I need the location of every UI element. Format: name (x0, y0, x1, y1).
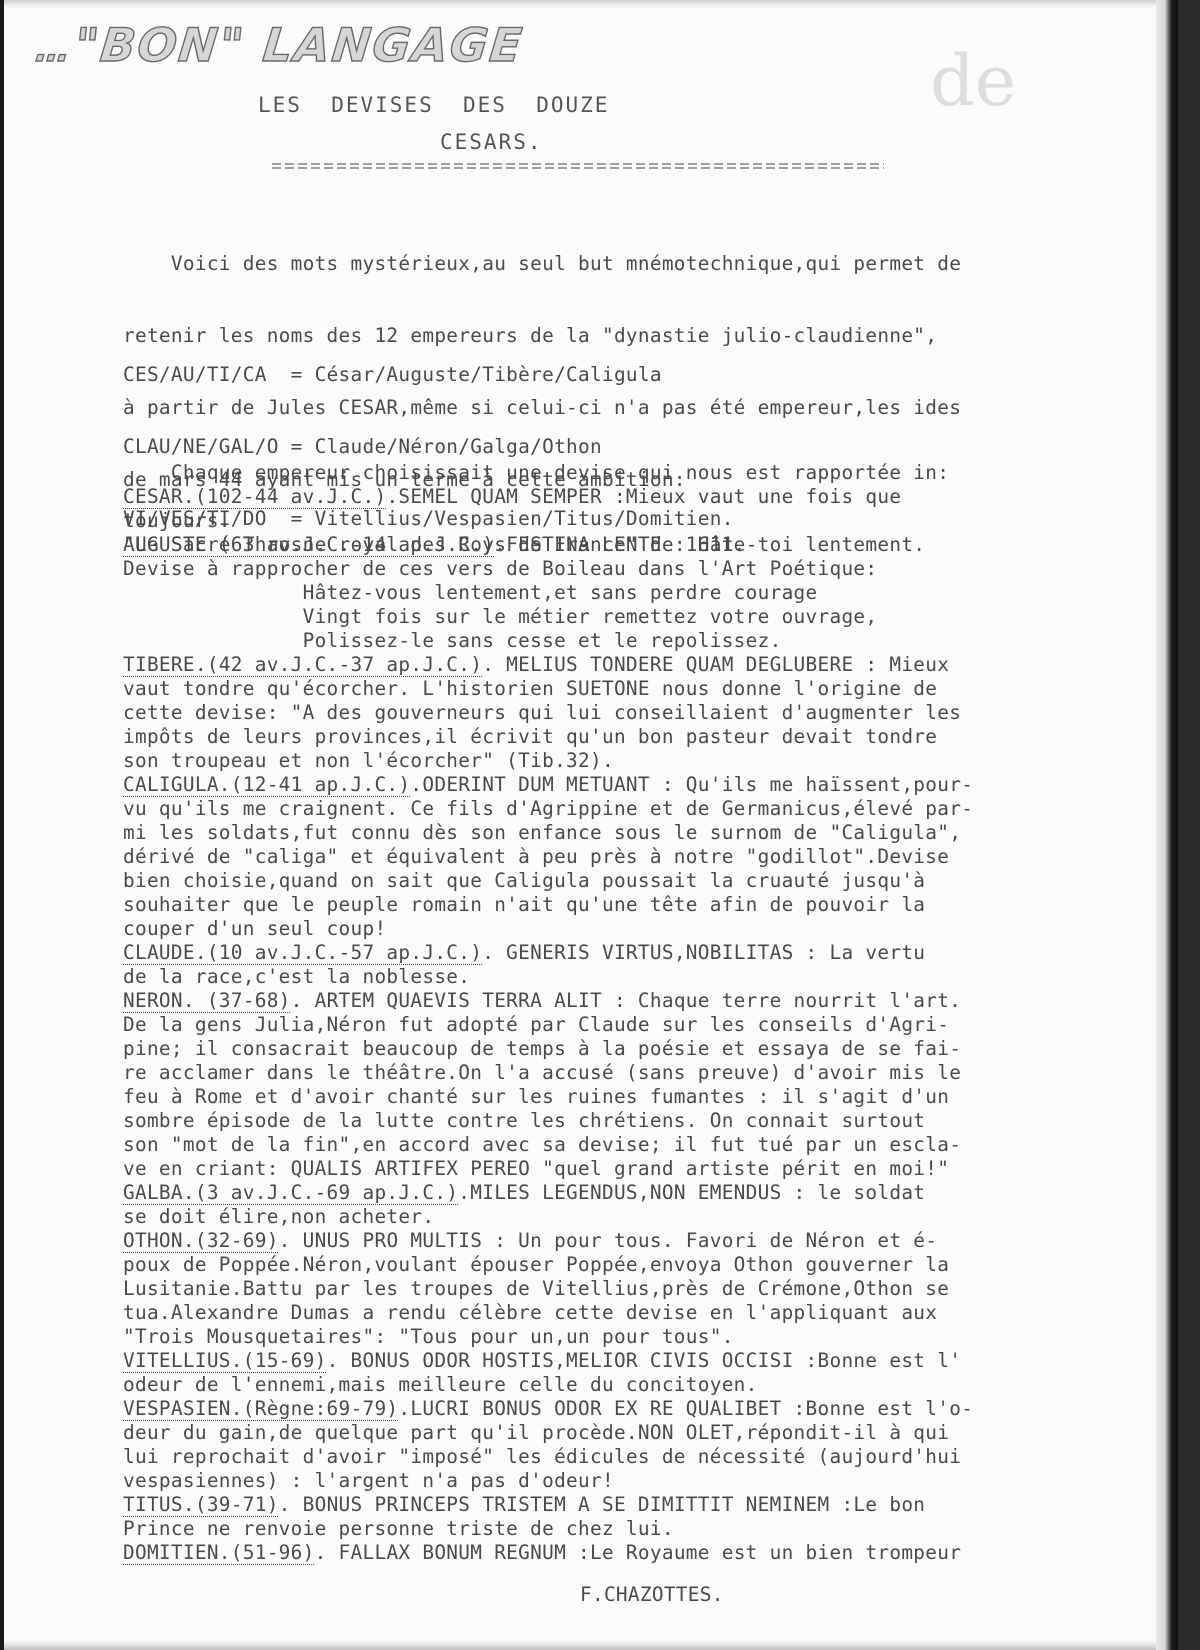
emperor-description-line: ve en criant: QUALIS ARTIFEX PEREO "quel… (123, 1157, 973, 1181)
emperor-description-line: cette devise: "A des gouverneurs qui lui… (123, 701, 973, 725)
emperor-heading: VESPASIEN.(Règne:69-79) (123, 1397, 398, 1420)
emperor-description-line: toujours. (123, 509, 973, 533)
emperor-description-line: mi les soldats,fut connu dès son enfance… (123, 821, 973, 845)
emperor-heading: AUGUSTE (63 av.J.C.-14 ap.J.C.) (123, 533, 494, 556)
emperor-entry: GALBA.(3 av.J.C.-69 ap.J.C.).MILES LEGEN… (123, 1181, 973, 1229)
emperor-description-line: Hâtez-vous lentement,et sans perdre cour… (123, 581, 973, 605)
emperor-heading: CLAUDE.(10 av.J.C.-57 ap.J.C.) (123, 941, 482, 964)
emperor-text: . UNUS PRO MULTIS : Un pour tous. Favori… (279, 1229, 938, 1252)
emperor-description-line: vaut tondre qu'écorcher. L'historien SUE… (123, 677, 973, 701)
emperor-text: odeur de l'ennemi,mais meilleure celle d… (123, 1373, 758, 1396)
masthead-dots: ... (33, 30, 70, 70)
emperor-description-line: odeur de l'ennemi,mais meilleure celle d… (123, 1373, 973, 1397)
emperor-text: deur du gain,de quelque part qu'il procè… (123, 1421, 949, 1444)
emperor-description-line: vu qu'ils me craignent. Ce fils d'Agripp… (123, 797, 973, 821)
emperor-entry: NERON. (37-68). ARTEM QUAEVIS TERRA ALIT… (123, 989, 973, 1181)
emperor-description-line: couper d'un seul coup! (123, 917, 973, 941)
emperor-heading: NERON. (37-68) (123, 989, 291, 1012)
emperor-text: Devise à rapprocher de ces vers de Boile… (123, 557, 877, 580)
emperor-text: poux de Poppée.Néron,voulant épouser Pop… (123, 1253, 949, 1276)
emperor-text: . ARTEM QUAEVIS TERRA ALIT : Chaque terr… (291, 989, 962, 1012)
emperor-text: lui reprochait d'avoir "imposé" les édic… (123, 1445, 961, 1468)
emperor-text: ve en criant: QUALIS ARTIFEX PEREO "quel… (123, 1157, 949, 1180)
emperor-text: de la race,c'est la noblesse. (123, 965, 470, 988)
emperor-motto-line: GALBA.(3 av.J.C.-69 ap.J.C.).MILES LEGEN… (123, 1181, 973, 1205)
emperor-text: .FESTINA LENTE : Hâte-toi lentement. (494, 533, 925, 556)
emperor-motto-line: NERON. (37-68). ARTEM QUAEVIS TERRA ALIT… (123, 989, 973, 1013)
emperor-text: mi les soldats,fut connu dès son enfance… (123, 821, 961, 844)
mnemonic-names: = César/Auguste/Tibère/Caligula (291, 363, 662, 386)
emperor-heading: CESAR.(102-44 av.J.C.) (123, 485, 386, 508)
emperor-description-line: souhaiter que le peuple romain n'ait qu'… (123, 893, 973, 917)
emperor-text: De la gens Julia,Néron fut adopté par Cl… (123, 1013, 949, 1036)
emperor-mottos-list: CESAR.(102-44 av.J.C.).SEMEL QUAM SEMPER… (123, 485, 973, 1565)
page-title-line-1: LES DEVISES DES DOUZE (258, 93, 609, 117)
emperor-description-line: deur du gain,de quelque part qu'il procè… (123, 1421, 973, 1445)
emperor-description-line: "Trois Mousquetaires": "Tous pour un,un … (123, 1325, 973, 1349)
emperor-description-line: Prince ne renvoie personne triste de che… (123, 1517, 973, 1541)
emperor-text: . MELIUS TONDERE QUAM DEGLUBERE : Mieux (482, 653, 949, 676)
emperor-entry: CLAUDE.(10 av.J.C.-57 ap.J.C.). GENERIS … (123, 941, 973, 989)
emperor-text: .LUCRI BONUS ODOR EX RE QUALIBET :Bonne … (398, 1397, 973, 1420)
emperor-motto-line: CLAUDE.(10 av.J.C.-57 ap.J.C.). GENERIS … (123, 941, 973, 965)
emperor-text: Polissez-le sans cesse et le repolissez. (123, 629, 782, 652)
emperor-text: bien choisie,quand on sait que Caligula … (123, 869, 925, 892)
emperor-text: . BONUS ODOR HOSTIS,MELIOR CIVIS OCCISI … (327, 1349, 962, 1372)
intro-line: Voici des mots mystérieux,au seul but mn… (123, 252, 961, 276)
emperor-heading: TIBERE.(42 av.J.C.-37 ap.J.C.) (123, 653, 482, 676)
emperor-text: se doit élire,non acheter. (123, 1205, 434, 1228)
emperor-heading: VITELLIUS.(15-69) (123, 1349, 327, 1372)
show-through-artifact: de (930, 40, 1016, 122)
mnemonic-code: CES/AU/TI/CA (123, 363, 291, 386)
emperor-motto-line: DOMITIEN.(51-96). FALLAX BONUM REGNUM :L… (123, 1541, 973, 1565)
emperor-text: vu qu'ils me craignent. Ce fils d'Agripp… (123, 797, 973, 820)
emperor-description-line: de la race,c'est la noblesse. (123, 965, 973, 989)
emperor-text: son "mot de la fin",en accord avec sa de… (123, 1133, 961, 1156)
emperor-entry: DOMITIEN.(51-96). FALLAX BONUM REGNUM :L… (123, 1541, 973, 1565)
emperor-description-line: poux de Poppée.Néron,voulant épouser Pop… (123, 1253, 973, 1277)
emperor-text: son troupeau et non l'écorcher" (Tib.32)… (123, 749, 614, 772)
emperor-entry: CALIGULA.(12-41 ap.J.C.).ODERINT DUM MET… (123, 773, 973, 941)
emperor-text: cette devise: "A des gouverneurs qui lui… (123, 701, 961, 724)
emperor-motto-line: VESPASIEN.(Règne:69-79).LUCRI BONUS ODOR… (123, 1397, 973, 1421)
emperor-text: impôts de leurs provinces,il écrivit qu'… (123, 725, 937, 748)
emperor-text: .ODERINT DUM METUANT : Qu'ils me haïssen… (410, 773, 973, 796)
emperor-entry: AUGUSTE (63 av.J.C.-14 ap.J.C.).FESTINA … (123, 533, 973, 653)
emperor-heading: CALIGULA.(12-41 ap.J.C.) (123, 773, 410, 796)
emperor-heading: GALBA.(3 av.J.C.-69 ap.J.C.) (123, 1181, 458, 1204)
masthead-title: "BON" LANGAGE (72, 18, 526, 72)
emperor-description-line: se doit élire,non acheter. (123, 1205, 973, 1229)
title-double-rule (272, 163, 884, 170)
emperor-text: "Trois Mousquetaires": "Tous pour un,un … (123, 1325, 734, 1348)
emperor-entry: OTHON.(32-69). UNUS PRO MULTIS : Un pour… (123, 1229, 973, 1349)
emperor-description-line: Vingt fois sur le métier remettez votre … (123, 605, 973, 629)
emperor-text: Prince ne renvoie personne triste de che… (123, 1517, 674, 1540)
emperor-motto-line: VITELLIUS.(15-69). BONUS ODOR HOSTIS,MEL… (123, 1349, 973, 1373)
emperor-description-line: lui reprochait d'avoir "imposé" les édic… (123, 1445, 973, 1469)
emperor-text: couper d'un seul coup! (123, 917, 386, 940)
masthead-logo: ..."BON" LANGAGE (33, 18, 526, 72)
emperor-motto-line: CALIGULA.(12-41 ap.J.C.).ODERINT DUM MET… (123, 773, 973, 797)
emperor-description-line: Devise à rapprocher de ces vers de Boile… (123, 557, 973, 581)
emperor-text: sombre épisode de la lutte contre les ch… (123, 1109, 925, 1132)
emperor-description-line: son "mot de la fin",en accord avec sa de… (123, 1133, 973, 1157)
emperor-description-line: pine; il consacrait beaucoup de temps à … (123, 1037, 973, 1061)
scan-edge-right (1156, 0, 1178, 1650)
emperor-description-line: impôts de leurs provinces,il écrivit qu'… (123, 725, 973, 749)
emperor-text: Hâtez-vous lentement,et sans perdre cour… (123, 581, 818, 604)
emperor-entry: CESAR.(102-44 av.J.C.).SEMEL QUAM SEMPER… (123, 485, 973, 533)
emperor-heading: DOMITIEN.(51-96) (123, 1541, 315, 1564)
emperor-text: . BONUS PRINCEPS TRISTEM A SE DIMITTIT N… (279, 1493, 926, 1516)
emperor-motto-line: TIBERE.(42 av.J.C.-37 ap.J.C.). MELIUS T… (123, 653, 973, 677)
emperor-text: souhaiter que le peuple romain n'ait qu'… (123, 893, 925, 916)
emperor-text: feu à Rome et d'avoir chanté sur les rui… (123, 1085, 949, 1108)
emperor-text: Vingt fois sur le métier remettez votre … (123, 605, 877, 628)
page-title-line-2: CESARS. (440, 130, 543, 154)
emperor-description-line: vespasiennes) : l'argent n'a pas d'odeur… (123, 1469, 973, 1493)
emperor-description-line: son troupeau et non l'écorcher" (Tib.32)… (123, 749, 973, 773)
document-page: de ..."BON" LANGAGE LES DEVISES DES DOUZ… (0, 0, 1178, 1650)
scan-edge-left (0, 0, 4, 1650)
emperor-description-line: De la gens Julia,Néron fut adopté par Cl… (123, 1013, 973, 1037)
emperor-text: . GENERIS VIRTUS,NOBILITAS : La vertu (482, 941, 925, 964)
author-signature: F.CHAZOTTES. (580, 1583, 724, 1607)
emperor-description-line: Polissez-le sans cesse et le repolissez. (123, 629, 973, 653)
emperor-text: tua.Alexandre Dumas a rendu célèbre cett… (123, 1301, 937, 1324)
mnemonic-row: CES/AU/TI/CA = César/Auguste/Tibère/Cali… (123, 363, 734, 387)
emperor-description-line: bien choisie,quand on sait que Caligula … (123, 869, 973, 893)
emperor-text: re acclamer dans le théâtre.On l'a accus… (123, 1061, 961, 1084)
emperor-entry: VITELLIUS.(15-69). BONUS ODOR HOSTIS,MEL… (123, 1349, 973, 1397)
emperor-motto-line: OTHON.(32-69). UNUS PRO MULTIS : Un pour… (123, 1229, 973, 1253)
emperor-description-line: dérivé de "caliga" et équivalent à peu p… (123, 845, 973, 869)
emperor-entry: VESPASIEN.(Règne:69-79).LUCRI BONUS ODOR… (123, 1397, 973, 1493)
emperor-entry: TIBERE.(42 av.J.C.-37 ap.J.C.). MELIUS T… (123, 653, 973, 773)
emperor-motto-line: AUGUSTE (63 av.J.C.-14 ap.J.C.).FESTINA … (123, 533, 973, 557)
emperor-heading: OTHON.(32-69) (123, 1229, 279, 1252)
emperor-motto-line: TITUS.(39-71). BONUS PRINCEPS TRISTEM A … (123, 1493, 973, 1517)
emperor-text: .SEMEL QUAM SEMPER :Mieux vaut une fois … (386, 485, 901, 508)
emperor-text: vespasiennes) : l'argent n'a pas d'odeur… (123, 1469, 614, 1492)
emperor-entry: TITUS.(39-71). BONUS PRINCEPS TRISTEM A … (123, 1493, 973, 1541)
emperor-text: . FALLAX BONUM REGNUM :Le Royaume est un… (315, 1541, 962, 1564)
emperor-text: vaut tondre qu'écorcher. L'historien SUE… (123, 677, 937, 700)
emperor-text: pine; il consacrait beaucoup de temps à … (123, 1037, 961, 1060)
emperor-text: toujours. (123, 509, 231, 532)
emperor-description-line: tua.Alexandre Dumas a rendu célèbre cett… (123, 1301, 973, 1325)
emperor-heading: TITUS.(39-71) (123, 1493, 279, 1516)
emperor-motto-line: CESAR.(102-44 av.J.C.).SEMEL QUAM SEMPER… (123, 485, 973, 509)
source-line: Chaque empereur choisissait une devise q… (123, 461, 949, 485)
emperor-text: Lusitanie.Battu par les troupes de Vitel… (123, 1277, 949, 1300)
emperor-description-line: Lusitanie.Battu par les troupes de Vitel… (123, 1277, 973, 1301)
emperor-text: .MILES LEGENDUS,NON EMENDUS : le soldat (458, 1181, 925, 1204)
emperor-description-line: sombre épisode de la lutte contre les ch… (123, 1109, 973, 1133)
emperor-text: dérivé de "caliga" et équivalent à peu p… (123, 845, 949, 868)
emperor-description-line: re acclamer dans le théâtre.On l'a accus… (123, 1061, 973, 1085)
emperor-description-line: feu à Rome et d'avoir chanté sur les rui… (123, 1085, 973, 1109)
